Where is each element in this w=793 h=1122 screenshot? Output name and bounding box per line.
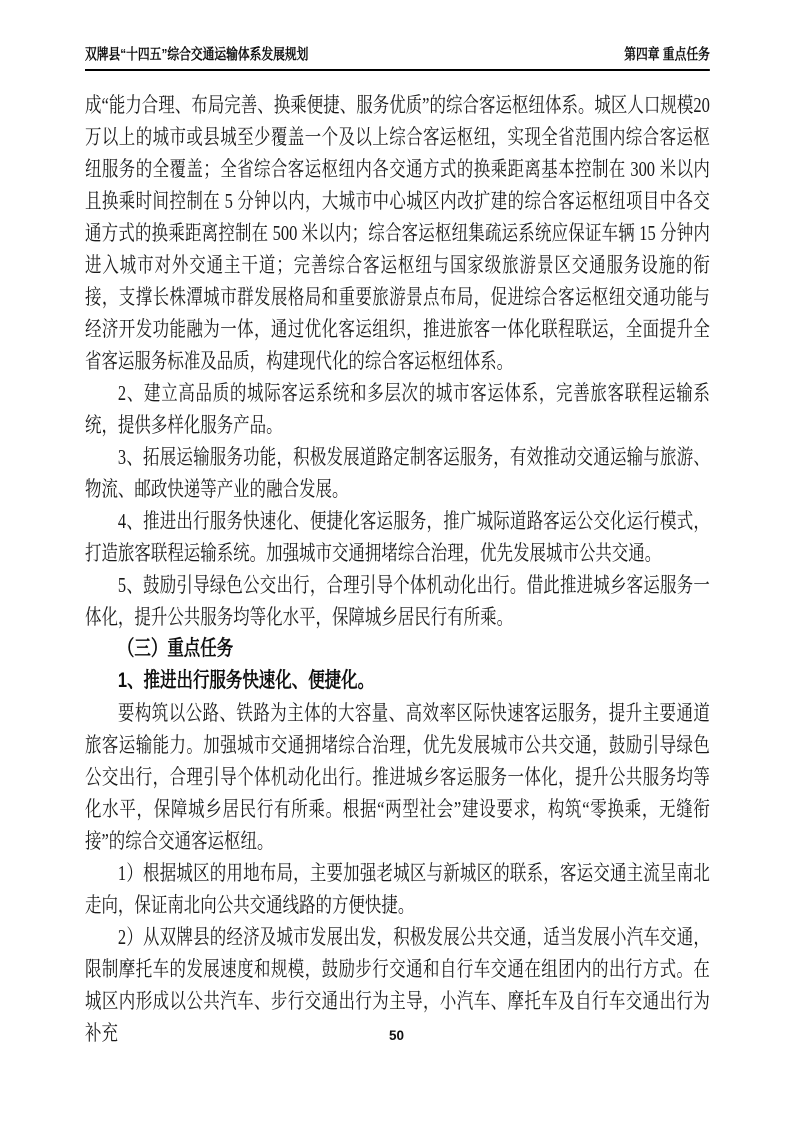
page-number: 50 xyxy=(0,1028,793,1043)
paragraph: 4、推进出行服务快速化、便捷化客运服务，推广城际道路客运公交化运行模式，打造旅客… xyxy=(85,505,710,569)
header-doc-title: 双牌县“十四五”综合交通运输体系发展规划 xyxy=(85,46,308,63)
paragraph: 成“能力合理、布局完善、换乘便捷、服务优质”的综合客运枢纽体系。城区人口规模20… xyxy=(85,89,710,377)
paragraph: 5、鼓励引导绿色公交出行，合理引导个体机动化出行。借此推进城乡客运服务一体化，提… xyxy=(85,569,710,633)
header-chapter-title: 第四章 重点任务 xyxy=(624,46,710,63)
paragraph: 要构筑以公路、铁路为主体的大容量、高效率区际快速客运服务，提升主要通道旅客运输能… xyxy=(85,697,710,857)
document-body: 成“能力合理、布局完善、换乘便捷、服务优质”的综合客运枢纽体系。城区人口规模20… xyxy=(85,89,710,1049)
page-header: 双牌县“十四五”综合交通运输体系发展规划 第四章 重点任务 xyxy=(85,46,710,69)
paragraph: 2、建立高品质的城际客运系统和多层次的城市客运体系，完善旅客联程运输系统，提供多… xyxy=(85,377,710,441)
paragraph: 1）根据城区的用地布局，主要加强老城区与新城区的联系，客运交通主流呈南北走向，保… xyxy=(85,857,710,921)
paragraph: 3、拓展运输服务功能，积极发展道路定制客运服务，有效推动交通运输与旅游、物流、邮… xyxy=(85,441,710,505)
document-page: 双牌县“十四五”综合交通运输体系发展规划 第四章 重点任务 成“能力合理、布局完… xyxy=(0,0,793,1122)
header-rule xyxy=(85,69,710,71)
content-column: 双牌县“十四五”综合交通运输体系发展规划 第四章 重点任务 成“能力合理、布局完… xyxy=(85,46,710,1049)
section-heading: （三）重点任务 xyxy=(85,633,710,665)
subsection-heading: 1、推进出行服务快速化、便捷化。 xyxy=(85,665,710,697)
